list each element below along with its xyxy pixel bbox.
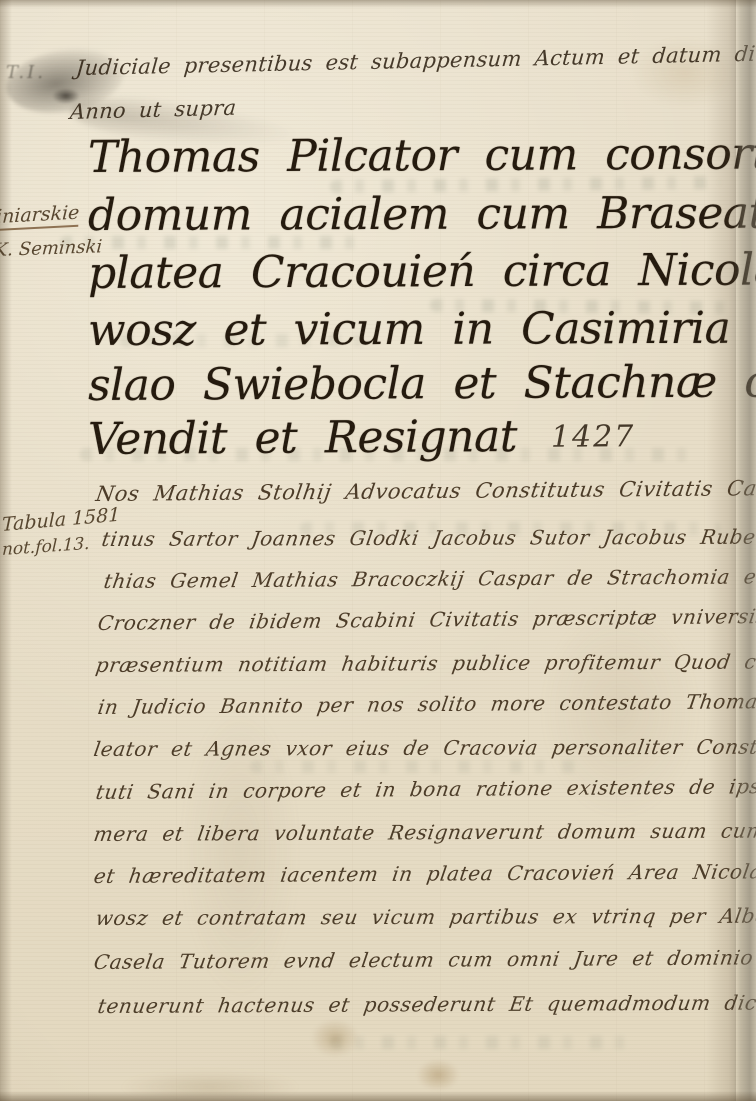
heading-line-text: Vendit et Resignat <box>88 411 517 465</box>
body-line: tuti Sani in corpore et in bona ratione … <box>94 774 756 804</box>
body-line: Croczner de ibidem Scabini Civitatis præ… <box>96 603 756 635</box>
body-line: leator et Agnes vxor eius de Cracovia pe… <box>92 735 756 761</box>
page-edge-left <box>0 0 12 1101</box>
page-fold-shadow <box>706 0 736 1101</box>
heading-line: slao Swiebocla et Stachnæ coniugibus <box>88 355 756 411</box>
stain <box>310 1018 360 1058</box>
body-line: tenuerunt hactenus et possederunt Et que… <box>96 990 756 1018</box>
body-line: Nos Mathias Stolhij Advocatus Constitutu… <box>94 475 756 506</box>
body-line: et hæreditatem iacentem in platea Cracov… <box>92 859 756 888</box>
page-edge-right <box>734 0 756 1101</box>
page-edge-top <box>0 0 756 8</box>
heading-line: wosz et vicum in Casimiria Stani <box>88 302 756 356</box>
page-edge-bottom <box>0 1091 756 1101</box>
heading-line: Vendit et Resignat1427 <box>88 410 636 465</box>
body-line: thias Gemel Mathias Bracoczkij Caspar de… <box>102 564 756 593</box>
body-line: mera et libera voluntate Resignaverunt d… <box>92 818 756 846</box>
stain <box>415 1058 461 1092</box>
bleed-through-mark <box>250 760 580 773</box>
body-line: in Judicio Bannito per nos solito more c… <box>96 689 756 719</box>
body-line: tinus Sartor Joannes Glodki Jacobus Suto… <box>100 524 756 551</box>
header-note-line: Judiciale presentibus est subappensum Ac… <box>75 41 756 80</box>
heading-line: Thomas Pilcator cum consorte sua <box>88 128 756 183</box>
body-line: wosz et contratam seu vicum partibus ex … <box>94 903 756 930</box>
heading-line: domum acialem cum Braseatorio in <box>88 187 756 241</box>
bleed-through-mark <box>330 1036 630 1049</box>
manuscript-page: T.I. Judiciale presentibus est subappens… <box>0 0 756 1101</box>
body-line: præsentium notitiam habituris publice pr… <box>94 649 756 677</box>
body-line: Casela Tutorem evnd electum cum omni Jur… <box>92 945 756 974</box>
margin-note: K. Seminski <box>0 236 103 261</box>
header-note-line: Anno ut supra <box>69 96 237 124</box>
heading-line: platea Cracouień circa Nicolaum Sli <box>88 244 756 299</box>
margin-note: not.fol.13. <box>2 534 90 560</box>
heading-year: 1427 <box>551 419 636 455</box>
